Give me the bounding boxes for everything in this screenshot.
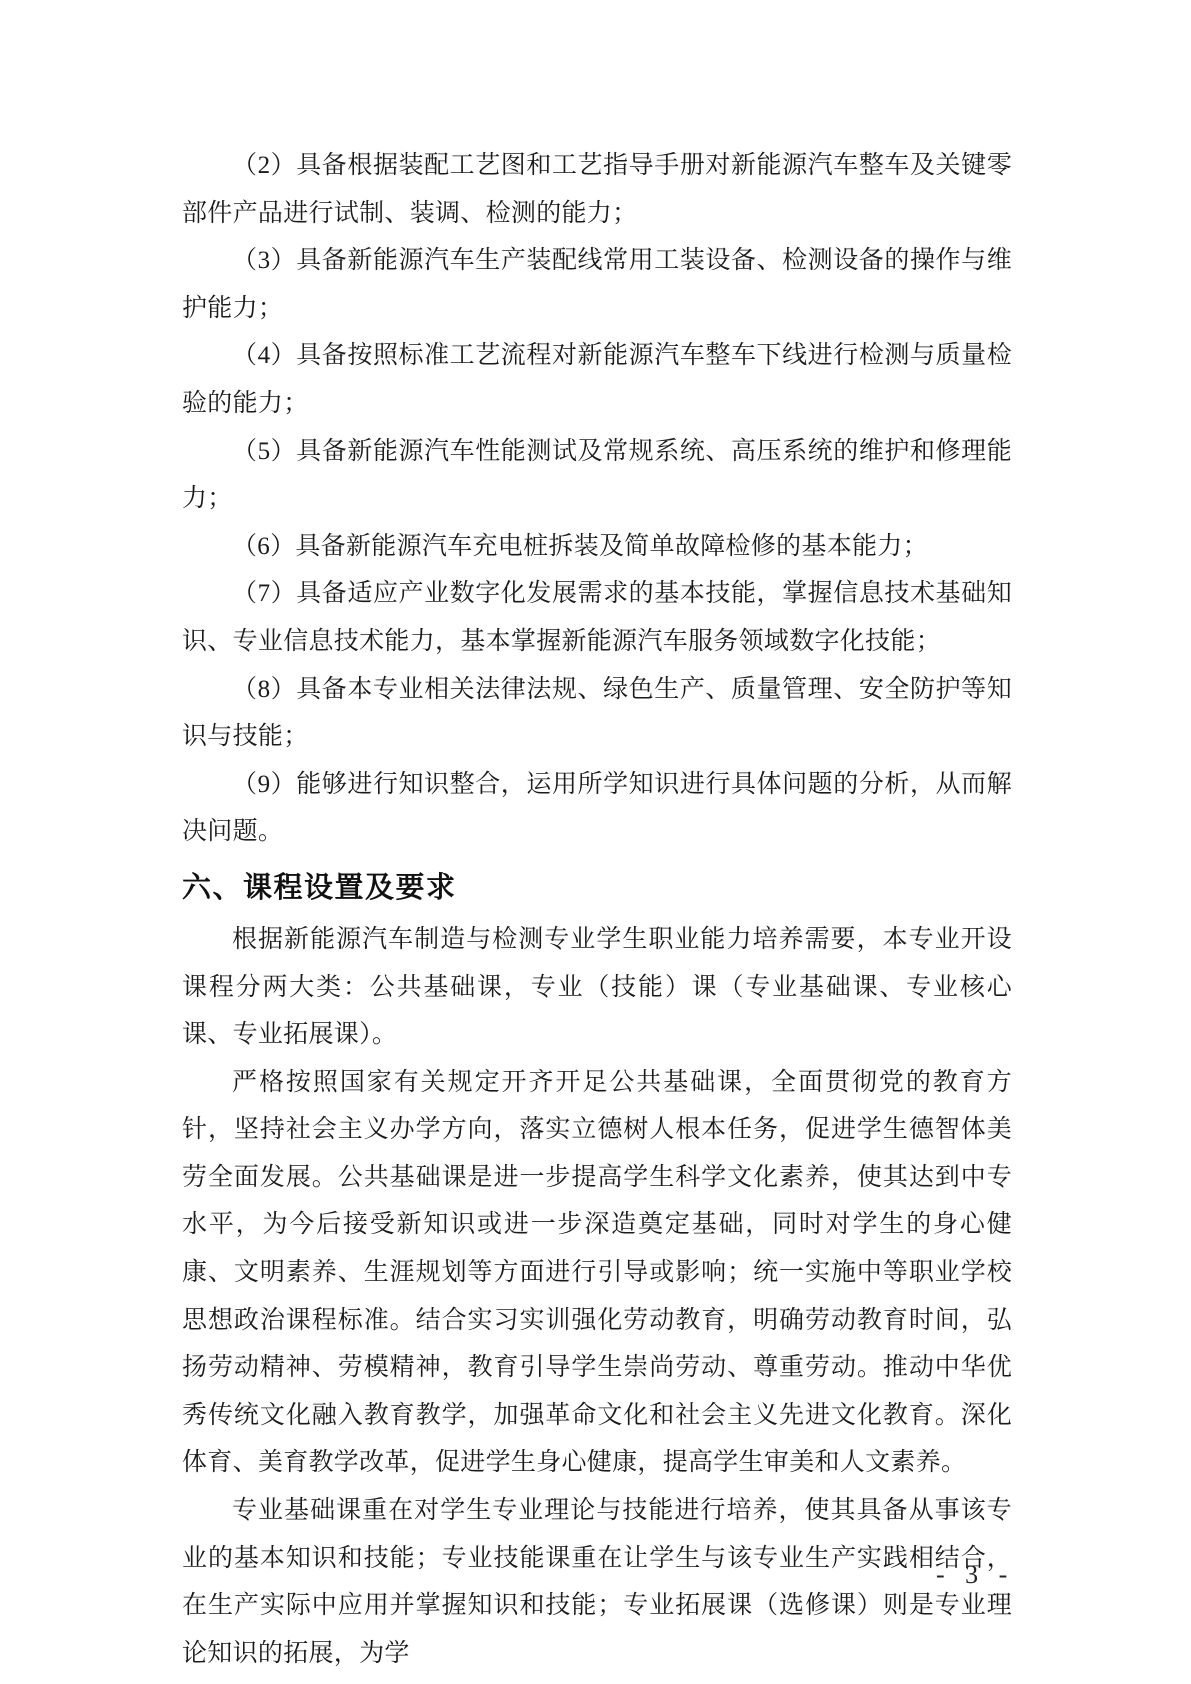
ability-item-7: （7）具备适应产业数字化发展需求的基本技能，掌握信息技术基础知识、专业信息技术能… (182, 570, 1012, 665)
ability-item-5: （5）具备新能源汽车性能测试及常规系统、高压系统的维护和修理能力； (182, 428, 1012, 523)
document-page: （2）具备根据装配工艺图和工艺指导手册对新能源汽车整车及关键零部件产品进行试制、… (0, 0, 1191, 1684)
ability-item-4: （4）具备按照标准工艺流程对新能源汽车整车下线进行检测与质量检验的能力； (182, 332, 1012, 427)
ability-item-3: （3）具备新能源汽车生产装配线常用工装设备、检测设备的操作与维护能力； (182, 237, 1012, 332)
ability-item-9: （9）能够进行知识整合，运用所学知识进行具体问题的分析，从而解决问题。 (182, 761, 1012, 856)
section-heading-courses: 六、课程设置及要求 (182, 865, 1012, 911)
body-paragraph-professional-courses: 专业基础课重在对学生专业理论与技能进行培养，使其具备从事该专业的基本知识和技能；… (182, 1487, 1012, 1677)
ability-item-2: （2）具备根据装配工艺图和工艺指导手册对新能源汽车整车及关键零部件产品进行试制、… (182, 142, 1012, 237)
page-number: - 3 - (936, 1560, 1014, 1590)
ability-item-8: （8）具备本专业相关法律法规、绿色生产、质量管理、安全防护等知识与技能； (182, 666, 1012, 761)
ability-item-6: （6）具备新能源汽车充电桩拆装及简单故障检修的基本能力； (182, 523, 1012, 571)
body-paragraph-public-basic-courses: 严格按照国家有关规定开齐开足公共基础课，全面贯彻党的教育方针，坚持社会主义办学方… (182, 1059, 1012, 1487)
body-paragraph-course-overview: 根据新能源汽车制造与检测专业学生职业能力培养需要，本专业开设课程分两大类：公共基… (182, 916, 1012, 1059)
document-body: （2）具备根据装配工艺图和工艺指导手册对新能源汽车整车及关键零部件产品进行试制、… (182, 142, 1012, 1677)
